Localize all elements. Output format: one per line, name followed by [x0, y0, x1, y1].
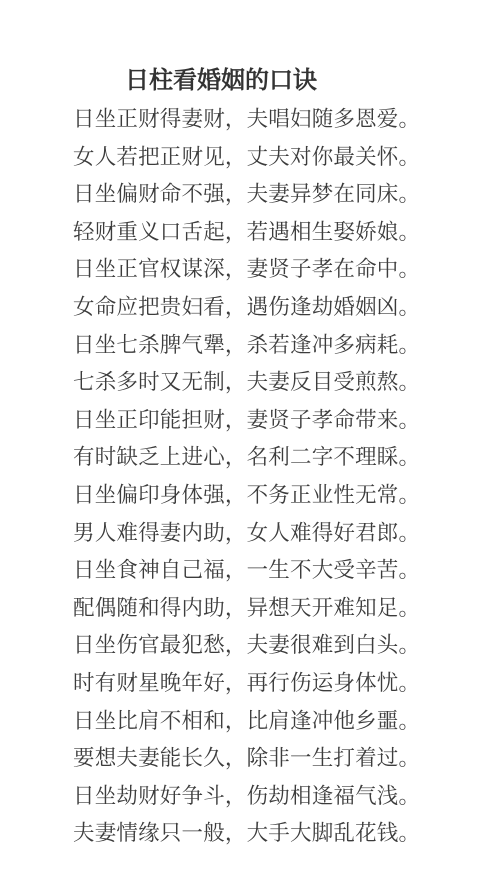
poem-line: 女人若把正财见，丈夫对你最关怀。: [73, 139, 420, 177]
poem-line: 日坐食神自己福，一生不大受辛苦。: [73, 552, 420, 590]
poem-line: 日坐比肩不相和，比肩逢冲他乡噩。: [73, 703, 420, 741]
poem-line: 日坐偏财命不强，夫妻异梦在同床。: [73, 176, 420, 214]
poem-line: 日坐七杀脾气犟，杀若逢冲多病耗。: [73, 327, 420, 365]
poem-line: 配偶随和得内助，异想天开难知足。: [73, 590, 420, 628]
poem-line: 日坐正印能担财，妻贤子孝命带来。: [73, 402, 420, 440]
poem-line: 日坐劫财好争斗，伤劫相逢福气浅。: [73, 778, 420, 816]
poem-line: 有时缺乏上进心，名利二字不理睬。: [73, 439, 420, 477]
poem-line: 日坐偏印身体强，不务正业性无常。: [73, 477, 420, 515]
poem-lines: 日坐正财得妻财，夫唱妇随多恩爱。 女人若把正财见，丈夫对你最关怀。 日坐偏财命不…: [73, 101, 420, 853]
poem-line: 日坐正官权谋深，妻贤子孝在命中。: [73, 251, 420, 289]
poem-line: 日坐伤官最犯愁，夫妻很难到白头。: [73, 627, 420, 665]
poem-line: 男人难得妻内助，女人难得好君郎。: [73, 515, 420, 553]
poem-line: 轻财重义口舌起，若遇相生娶娇娘。: [73, 214, 420, 252]
document-title: 日柱看婚姻的口诀: [0, 64, 442, 96]
poem-line: 七杀多时又无制，夫妻反目受煎熬。: [73, 364, 420, 402]
poem-line: 日坐正财得妻财，夫唱妇随多恩爱。: [73, 101, 420, 139]
poem-line: 要想夫妻能长久，除非一生打着过。: [73, 740, 420, 778]
poem-line: 夫妻情缘只一般，大手大脚乱花钱。: [73, 815, 420, 853]
poem-line: 女命应把贵妇看，遇伤逢劫婚姻凶。: [73, 289, 420, 327]
poem-line: 时有财星晚年好，再行伤运身体忧。: [73, 665, 420, 703]
